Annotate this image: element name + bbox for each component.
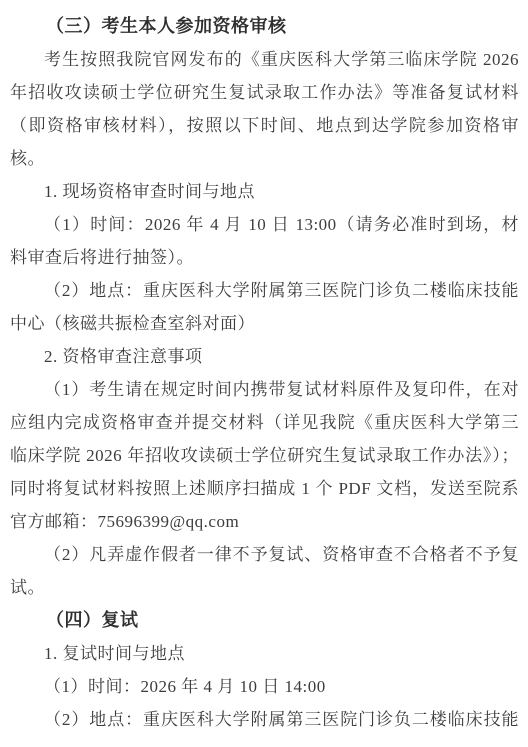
text-line: 核。 [10,142,519,175]
text-line: （即资格审核材料），按照以下时间、地点到达学院参加资格审 [10,109,519,142]
text-line: 临床学院 2026 年招收攻读硕士学位研究生复试录取工作办法》）； [10,439,519,472]
text-line: 料审查后将进行抽签）。 [10,241,519,274]
text-line: （1）时间：2026 年 4 月 10 日 14:00 [10,670,519,703]
email-line: 官方邮箱：75696399@qq.com [10,505,519,538]
section-heading-4: （四）复试 [10,604,519,637]
text-line: （2）地点：重庆医科大学附属第三医院门诊负二楼临床技能 [10,274,519,307]
list-item-1-heading: 1. 复试时间与地点 [10,637,519,670]
list-item-1-heading: 1. 现场资格审查时间与地点 [10,175,519,208]
text-line: （1）考生请在规定时间内携带复试材料原件及复印件，在对 [10,373,519,406]
list-item-2-heading: 2. 资格审查注意事项 [10,340,519,373]
text-line: 同时将复试材料按照上述顺序扫描成 1 个 PDF 文档，发送至院系 [10,472,519,505]
text-line: （2）凡弄虚作假者一律不予复试、资格审查不合格者不予复 [10,538,519,571]
section-heading-3: （三）考生本人参加资格审核 [10,10,519,43]
text-line: （1）时间：2026 年 4 月 10 日 13:00（请务必准时到场，材 [10,208,519,241]
text-line: （2）地点：重庆医科大学附属第三医院门诊负二楼临床技能 [10,703,519,736]
document-page: { "page": { "background": "#ffffff", "te… [0,0,528,747]
text-line: 考生按照我院官网发布的《重庆医科大学第三临床学院 2026 [10,43,519,76]
text-line: 试。 [10,571,519,604]
text-line: 年招收攻读硕士学位研究生复试录取工作办法》等准备复试材料 [10,76,519,109]
document-body: （三）考生本人参加资格审核 考生按照我院官网发布的《重庆医科大学第三临床学院 2… [0,0,528,736]
text-line: 应组内完成资格审查并提交材料（详见我院《重庆医科大学第三 [10,406,519,439]
text-line: 中心（核磁共振检查室斜对面） [10,307,519,340]
